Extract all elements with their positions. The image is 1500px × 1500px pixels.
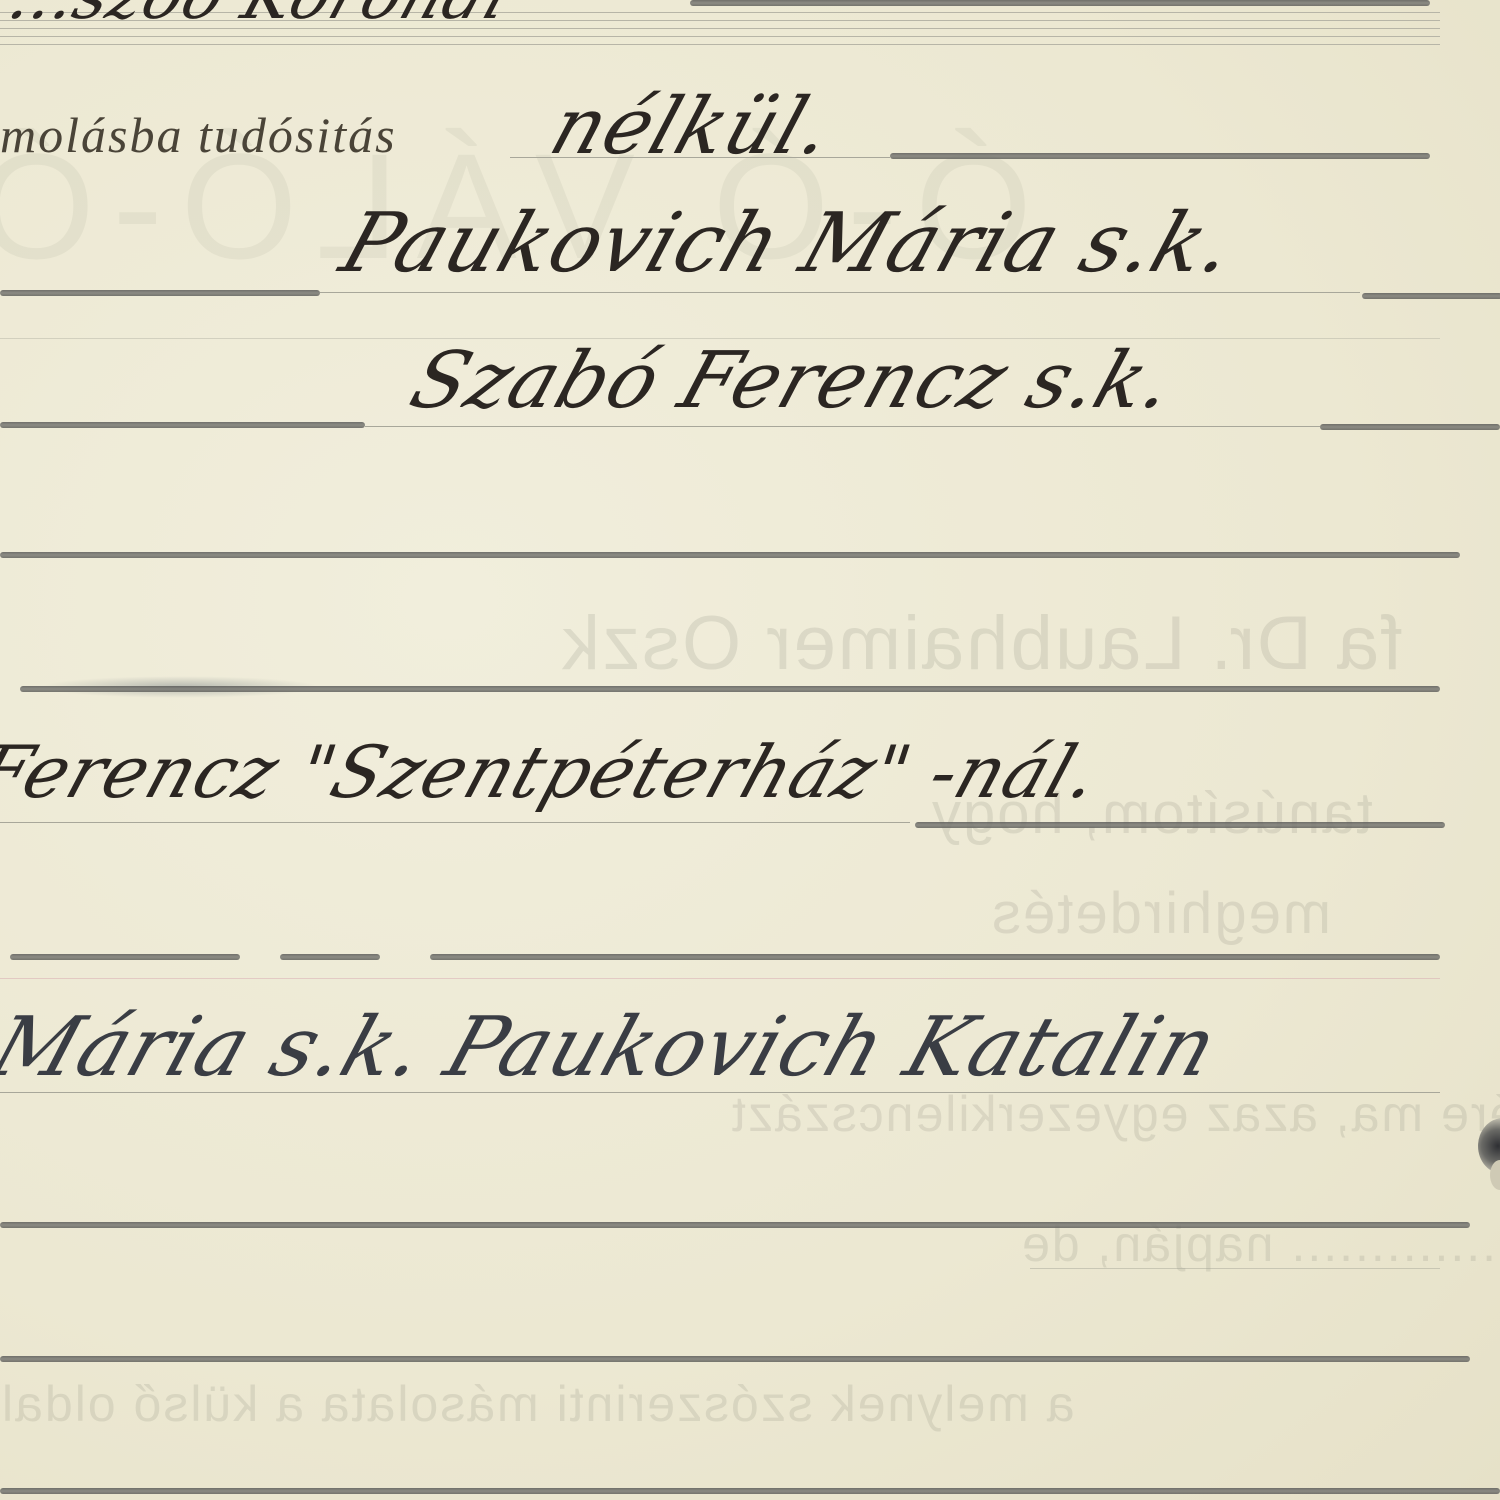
form-baseline [1030,1268,1440,1269]
document-page: Ó-Ó VÁLÓ-Ó fa Dr. Laubhaimer Oszk tanúsí… [0,0,1500,1500]
form-rule [915,822,1445,828]
bleed-through-line: meghirdetés [990,880,1331,947]
form-rule [0,1356,1470,1362]
form-rule [280,954,380,960]
form-rule [0,290,320,296]
form-rule [0,1488,1500,1494]
handwritten-signature: Szabó Ferencz s.k. [400,336,1186,426]
bleed-through-line: a melynek szószerinti másolata a külső o… [0,1375,1075,1433]
form-rule [1362,293,1500,299]
handwritten-entry: ...Szent Ferencz "Szentpéterház" -nál. [0,730,1111,814]
printed-label: molásba tudósitás [0,106,397,164]
form-rule [0,552,1460,558]
form-baseline [0,1092,1180,1093]
form-rule [690,0,1430,6]
handwritten-signature: Mária s.k. Paukovich Katalin [0,1000,1229,1095]
form-baseline [320,292,1360,293]
handwritten-signature: Paukovich Mária s.k. [330,196,1248,291]
bleed-through-line: fa Dr. Laubhaimer Oszk [560,600,1402,687]
form-baseline [510,157,890,158]
staff-line [0,44,1440,45]
form-baseline [1180,1092,1440,1093]
form-rule [430,954,1440,960]
form-rule [1320,424,1500,430]
handwritten-entry: nélkül. [540,82,845,172]
staff-line [0,36,1440,37]
form-rule [20,686,1440,692]
form-baseline [0,822,910,823]
form-rule [890,153,1430,159]
form-rule [0,422,365,428]
punch-hole-edge [1490,1160,1500,1190]
handwritten-entry-top: ...szoo Korondi [0,0,520,34]
form-rule [10,954,240,960]
margin-line [0,978,1440,979]
form-baseline [365,426,1320,427]
form-rule [0,1222,1470,1228]
